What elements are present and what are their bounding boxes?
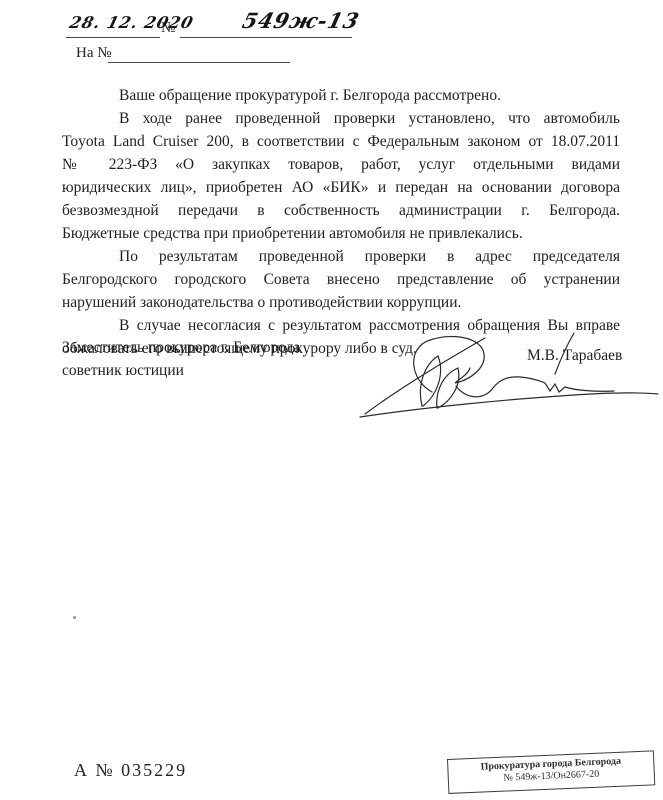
scan-speck	[73, 616, 76, 619]
body-text: Ваше обращение прокуратурой г. Белгорода…	[62, 84, 620, 360]
body-line: Toyota Land Cruiser 200, в соответствии …	[62, 130, 620, 153]
handwritten-signature	[358, 330, 660, 422]
body-line: Бюджетные средства при приобретении авто…	[62, 222, 620, 245]
signer-position-line1: Заместитель прокурора г. Белгорода	[62, 336, 300, 359]
number-sign: №	[161, 20, 175, 37]
signer-name: М.В. Тарабаев	[527, 347, 622, 365]
letterhead-form-number: А № 035229	[74, 760, 187, 781]
body-line: безвозмездной передачи в собственность а…	[62, 199, 620, 222]
reply-number-underline	[108, 61, 290, 63]
body-line: юридических лиц», приобретен АО «БИК» и …	[62, 176, 620, 199]
handwritten-date: 28. 12. 2020	[68, 13, 196, 32]
date-underline	[66, 36, 160, 38]
handwritten-outgoing-number: 549ж-13	[240, 8, 362, 33]
reply-to-number-label: На №	[76, 45, 112, 62]
body-line: Ваше обращение прокуратурой г. Белгорода…	[62, 84, 620, 107]
number-underline	[180, 36, 352, 38]
body-line: По результатам проведенной проверки в ад…	[62, 245, 620, 268]
body-line: нарушений законодательства о противодейс…	[62, 291, 620, 314]
body-line: № 223-ФЗ «О закупках товаров, работ, усл…	[62, 153, 620, 176]
signer-position: Заместитель прокурора г. Белгорода совет…	[62, 336, 300, 382]
body-line: Белгородского городского Совета внесено …	[62, 268, 620, 291]
scanned-letter-page: 28. 12. 2020 № 549ж-13 На № Ваше обращен…	[0, 0, 663, 800]
registration-stamp: Прокуратура города Белгорода № 549ж-13/О…	[447, 750, 655, 794]
body-line: В ходе ранее проведенной проверки устано…	[62, 107, 620, 130]
signer-position-line2: советник юстиции	[62, 359, 300, 382]
